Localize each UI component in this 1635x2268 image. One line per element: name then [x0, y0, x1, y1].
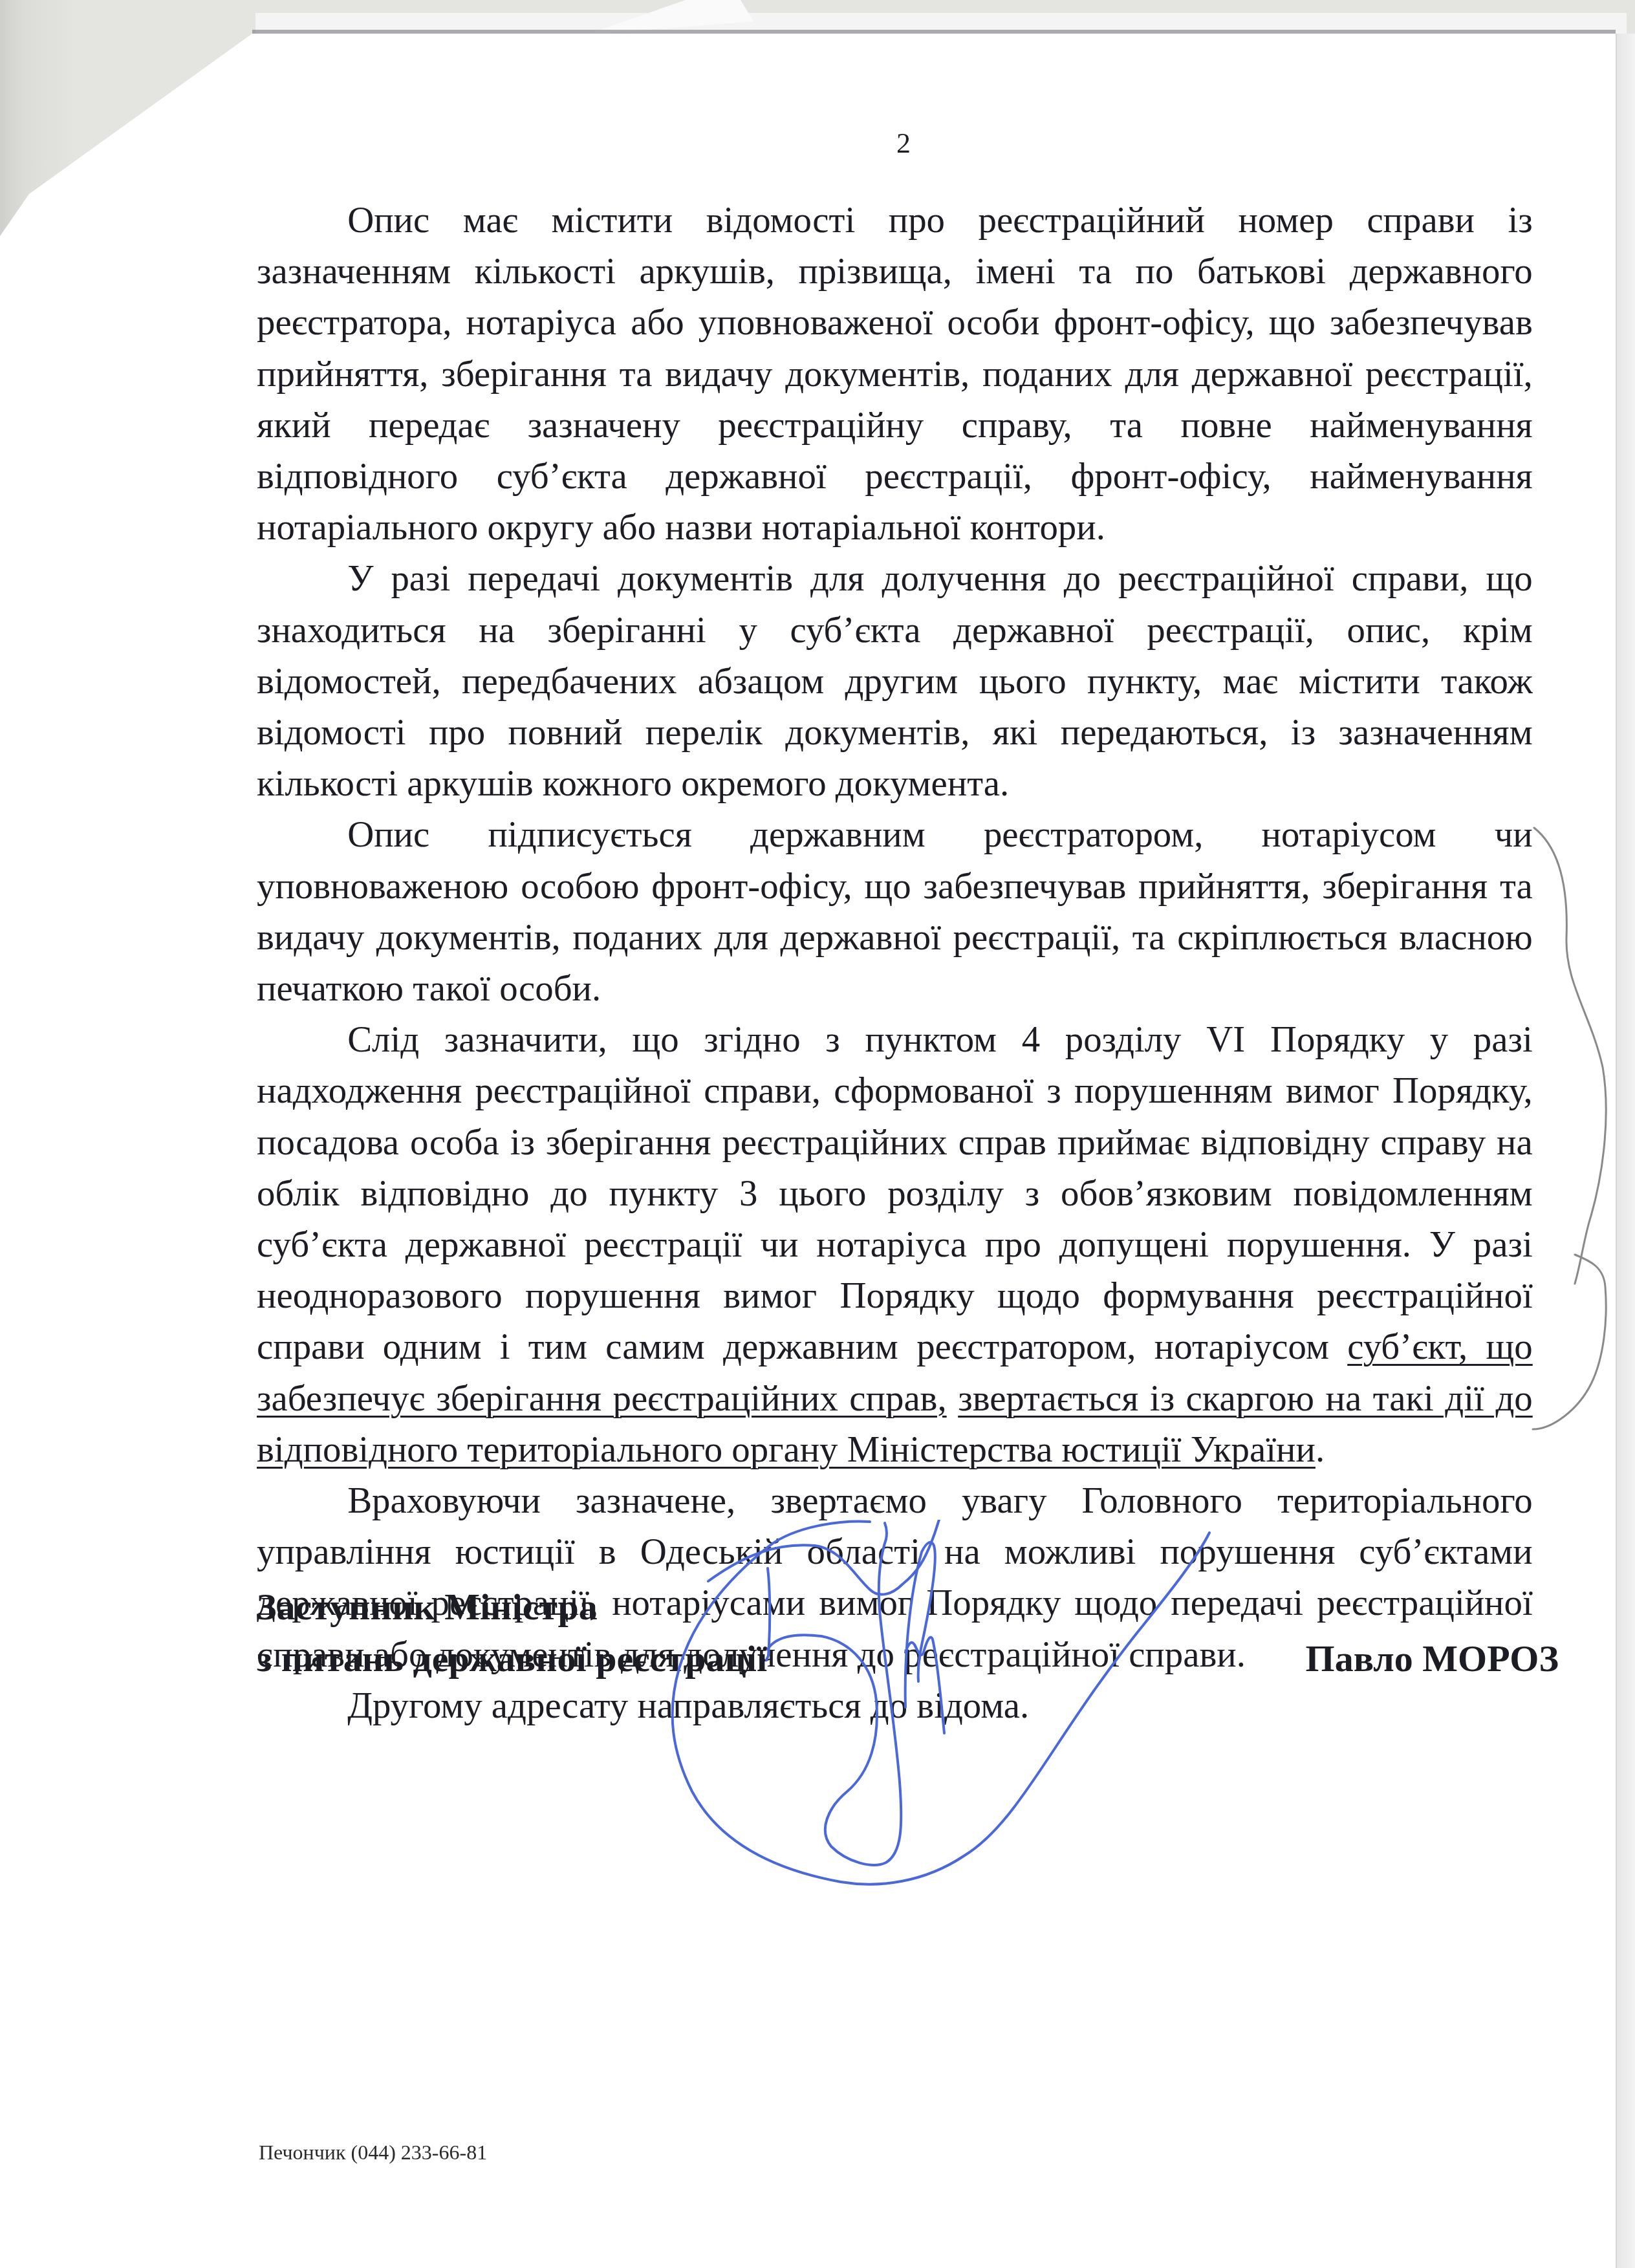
- position-line-1: Заступник Міністра: [257, 1581, 767, 1633]
- page-number: 2: [896, 129, 911, 158]
- paper-right-edge: [1616, 34, 1635, 2268]
- executor-contact: Печончик (044) 233-66-81: [259, 2139, 487, 2165]
- sentence-end: .: [1316, 1428, 1325, 1470]
- paragraph-violations: Слід зазначити, що згідно з пунктом 4 ро…: [257, 1013, 1533, 1474]
- violations-text: Слід зазначити, що згідно з пунктом 4 ро…: [257, 1018, 1533, 1367]
- paragraph-document-transfer: У разі передачі документів для долучення…: [257, 552, 1533, 808]
- letter-body: Опис має містити відомості про реєстраці…: [257, 194, 1533, 1731]
- signatory-position: Заступник Міністра з питань державної ре…: [257, 1581, 767, 1685]
- signatory-name: Павло МОРОЗ: [1306, 1633, 1559, 1685]
- spacer: [947, 1377, 958, 1419]
- paragraph-description-requirements: Опис має містити відомості про реєстраці…: [257, 194, 1533, 552]
- paragraph-second-addressee: Другому адресату направляється до відома…: [257, 1679, 1533, 1731]
- paragraph-signing: Опис підписується державним реєстратором…: [257, 808, 1533, 1013]
- position-line-2: з питань державної реєстрації: [257, 1633, 767, 1685]
